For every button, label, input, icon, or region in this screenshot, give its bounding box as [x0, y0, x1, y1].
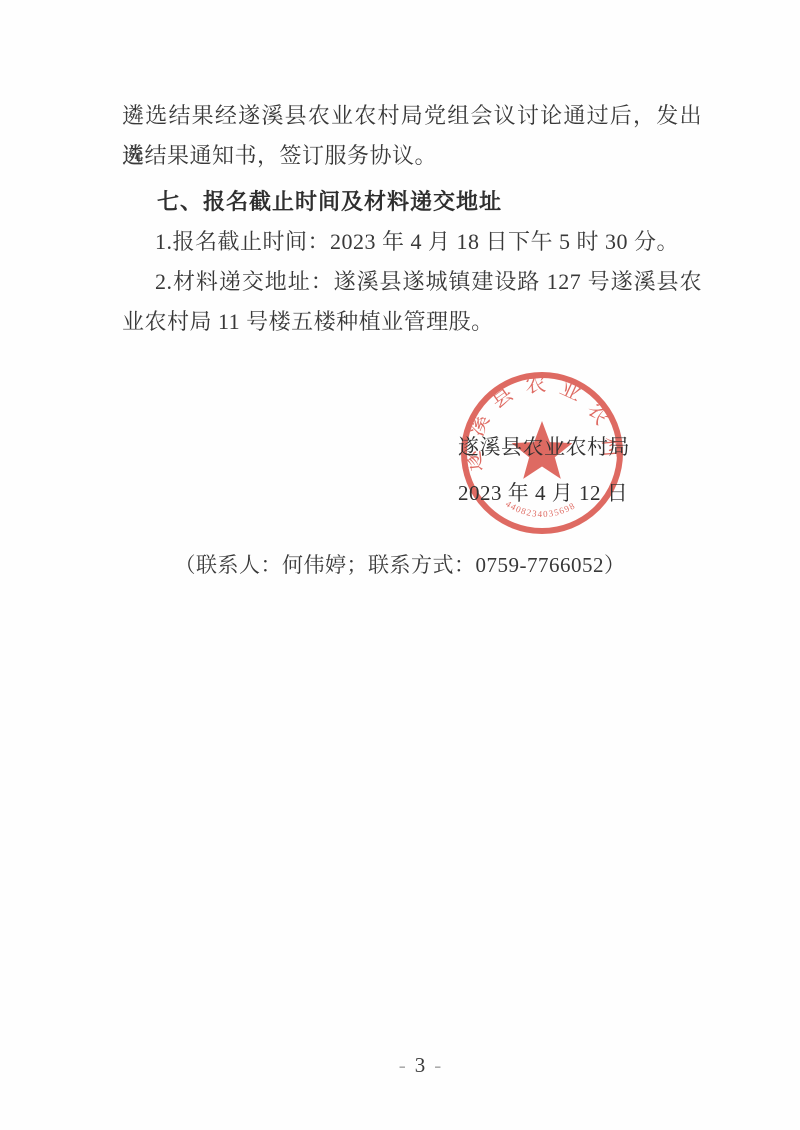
- section-heading: 七、报名截止时间及材料递交地址: [122, 182, 702, 222]
- signature-date: 2023 年 4 月 12 日: [458, 470, 630, 516]
- page-number-dash-right: -: [434, 1053, 441, 1077]
- document-body: 遴选结果经遂溪县农业农村局党组会议讨论通过后，发出遴 选结果通知书，签订服务协议…: [122, 96, 702, 342]
- paragraph-selection-result-line-2: 选结果通知书，签订服务协议。: [122, 136, 702, 176]
- page-number-dash-left: -: [399, 1053, 406, 1077]
- paragraph-deadline: 1.报名截止时间：2023 年 4 月 18 日下午 5 时 30 分。: [122, 222, 702, 262]
- page-number-value: 3: [415, 1053, 426, 1077]
- signature-org: 遂溪县农业农村局: [458, 424, 630, 470]
- paragraph-address-line-1: 2.材料递交地址：遂溪县遂城镇建设路 127 号遂溪县农: [122, 262, 702, 302]
- page-number: -3-: [0, 1050, 800, 1080]
- signature-block: 遂溪县农业农村局 2023 年 4 月 12 日: [458, 424, 630, 516]
- paragraph-selection-result-line-1: 遴选结果经遂溪县农业农村局党组会议讨论通过后，发出遴: [122, 96, 702, 136]
- contact-line: （联系人：何伟婷；联系方式：0759-7766052）: [0, 549, 800, 581]
- document-page: 遴选结果经遂溪县农业农村局党组会议讨论通过后，发出遴 选结果通知书，签订服务协议…: [0, 0, 800, 1130]
- paragraph-address-line-2: 业农村局 11 号楼五楼种植业管理股。: [122, 302, 702, 342]
